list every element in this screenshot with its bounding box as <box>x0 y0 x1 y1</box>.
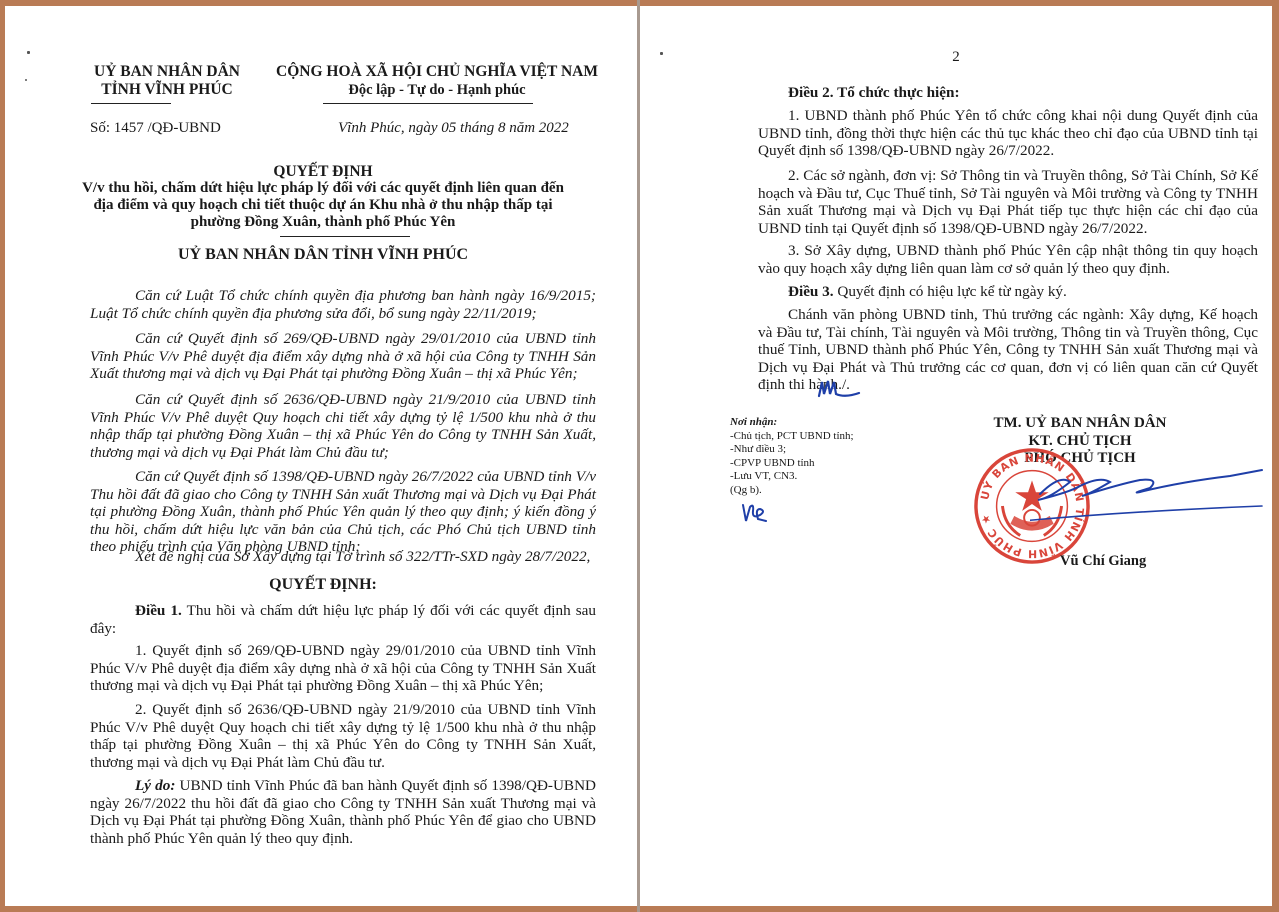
recipients-block: Nơi nhận: -Chủ tịch, PCT UBND tỉnh; -Như… <box>730 416 854 498</box>
recipient: (Qg b). <box>730 484 854 498</box>
document-title: QUYẾT ĐỊNH <box>45 163 601 180</box>
divider <box>323 103 533 104</box>
article-1: Điều 1. Thu hồi và chấm dứt hiệu lực phá… <box>90 602 596 637</box>
national-motto: CỘNG HOÀ XÃ HỘI CHỦ NGHĨA VIỆT NAM Độc l… <box>267 63 607 99</box>
document-page-1: UỶ BAN NHÂN DÂN TỈNH VĨNH PHÚC CỘNG HOÀ … <box>5 6 637 906</box>
document-date: Vĩnh Phúc, ngày 05 tháng 8 năm 2022 <box>338 120 569 137</box>
recipient: -Lưu VT, CN3. <box>730 470 854 484</box>
article-2-heading: Điều 2. Tổ chức thực hiện: <box>758 84 1258 102</box>
legal-basis: Căn cứ Quyết định số 2636/QĐ-UBND ngày 2… <box>90 391 596 461</box>
scan-speck <box>27 51 30 54</box>
article-1-item: 2. Quyết định số 2636/QĐ-UBND ngày 21/9/… <box>90 701 596 771</box>
divider <box>280 236 410 237</box>
document-page-2: 2 Điều 2. Tổ chức thực hiện: 1. UBND thà… <box>640 6 1272 906</box>
legal-basis: Xét đề nghị của Sở Xây dựng tại Tờ trình… <box>90 548 596 566</box>
article-2-item: 1. UBND thành phố Phúc Yên tổ chức công … <box>758 107 1258 160</box>
handwritten-initial-icon <box>815 376 865 400</box>
subject-line: địa điểm và quy hoạch chi tiết thuộc dự … <box>45 197 601 214</box>
legal-basis: Căn cứ Quyết định số 1398/QĐ-UBND ngày 2… <box>90 468 596 556</box>
signature-icon <box>1030 464 1270 534</box>
article-2-item: 3. Sở Xây dựng, UBND thành phố Phúc Yên … <box>758 242 1258 277</box>
recipient: -Chủ tịch, PCT UBND tỉnh; <box>730 430 854 444</box>
document-number: Số: 1457 /QĐ-UBND <box>90 120 221 137</box>
reason: Lý do: UBND tỉnh Vĩnh Phúc đã ban hành Q… <box>90 777 596 847</box>
document-title-block: QUYẾT ĐỊNH V/v thu hồi, chấm dứt hiệu lự… <box>45 163 601 231</box>
subject-line: phường Đồng Xuân, thành phố Phúc Yên <box>45 214 601 231</box>
divider <box>91 103 171 104</box>
article-3: Điều 3. Quyết định có hiệu lực kể từ ngà… <box>758 283 1258 301</box>
article-2-item: 2. Các sở ngành, đơn vị: Sở Thông tin và… <box>758 167 1258 237</box>
subject-line: V/v thu hồi, chấm dứt hiệu lực pháp lý đ… <box>45 180 601 197</box>
legal-basis: Căn cứ Quyết định số 269/QĐ-UBND ngày 29… <box>90 330 596 383</box>
handwritten-initial-icon <box>740 501 770 525</box>
recipient: -Như điều 3; <box>730 443 854 457</box>
legal-basis: Căn cứ Luật Tổ chức chính quyền địa phươ… <box>90 287 596 322</box>
signer-name: Vũ Chí Giang <box>1060 553 1146 570</box>
recipient: -CPVP UBND tỉnh <box>730 457 854 471</box>
issuing-authority: UỶ BAN NHÂN DÂN TỈNH VĨNH PHÚC <box>57 63 277 99</box>
page-number: 2 <box>640 49 1272 66</box>
decision-heading: QUYẾT ĐỊNH: <box>45 576 601 594</box>
article-1-item: 1. Quyết định số 269/QĐ-UBND ngày 29/01/… <box>90 642 596 695</box>
scan-speck <box>25 79 27 81</box>
issuer-heading: UỶ BAN NHÂN DÂN TỈNH VĨNH PHÚC <box>45 246 601 264</box>
